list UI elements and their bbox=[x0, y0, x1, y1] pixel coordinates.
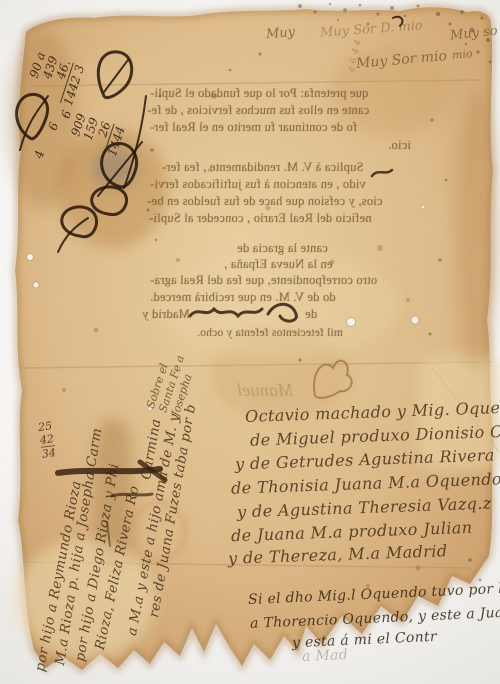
foxing-speckles bbox=[147, 3, 492, 582]
seal-crown-doodle bbox=[314, 361, 352, 398]
photo-of-manuscript-document: Muy Muy Sor D. mio Muy so mio Muy Sor mi… bbox=[0, 0, 500, 684]
number-row: 34 bbox=[41, 446, 57, 461]
foxing-spots-large bbox=[62, 93, 421, 588]
date-overwrite-scribble bbox=[190, 170, 392, 321]
heavy-ink-strokes bbox=[58, 462, 165, 546]
